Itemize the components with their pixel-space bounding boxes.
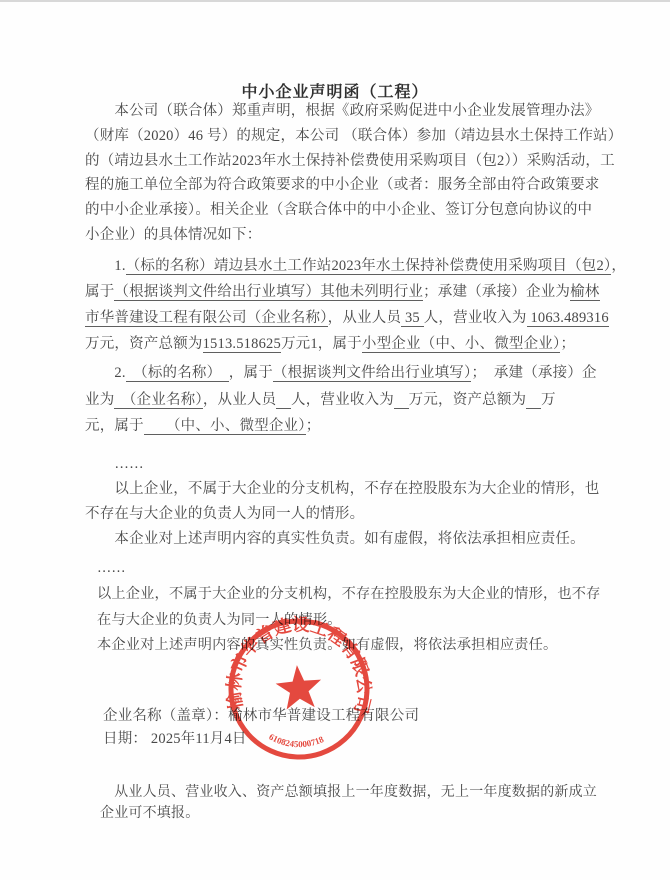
text-segment: 企业可不填报。 <box>100 806 199 821</box>
text-line: 日期： 2025年11月4日 <box>103 728 419 751</box>
text-line: 以上企业，不属于大企业的分支机构，不存在控股股东为大企业的情形，也不存 <box>97 582 601 608</box>
underlined-text: （根据谈判文件给出行业填写）其他未列明行业 <box>114 284 423 301</box>
text-line: （财库（2020）46 号）的规定，本公司 （联合体）参加（靖边县水土保持工作站… <box>85 124 622 149</box>
text-line: 本企业对上述声明内容的真实性负责。如有虚假，将依法承担相应责任。 <box>85 527 600 552</box>
seal-star-icon <box>274 663 323 710</box>
text-line: 本企业对上述声明内容的真实性负责。如有虚假，将依法承担相应责任。 <box>97 633 601 659</box>
underlined-text: 榆林 <box>570 284 599 301</box>
text-line: 万元，资产总额为1513.518625万元1，属于小型企业（中、小、微型企业）； <box>85 331 626 357</box>
text-segment: ； <box>560 336 575 352</box>
underlined-text: （企业名称） <box>114 392 202 409</box>
underlined-text: 小型企业（中、小、微型企业） <box>362 336 561 353</box>
text-line: 以上企业，不属于大企业的分支机构，不存在控股股东为大企业的情形，也 <box>85 477 600 502</box>
text-segment: 不存在与大企业的负责人为同一人的情形。 <box>85 506 364 522</box>
statement-block-1: …… 以上企业，不属于大企业的分支机构，不存在控股股东为大企业的情形，也不存在与… <box>85 452 600 552</box>
text-segment: 在与大企业的负责人为同一人的情形。 <box>97 612 342 628</box>
underlined-text: （中、小、微型企业） <box>144 418 306 435</box>
text-segment: 元，属于 <box>85 418 144 434</box>
text-line: 企业可不填报。 <box>100 804 597 825</box>
item1-paragraph: 1.（标的名称）靖边县水土工作站2023年水土保持补偿费使用采购项目（包2），属… <box>85 253 626 357</box>
text-segment: 的中小企业承接）。相关企业（含联合体中的中小企业、签订分包意向协议的中 <box>85 202 592 218</box>
text-segment: 企业名称（盖章）：榆林市华普建设工程有限公司 <box>103 708 419 724</box>
text-line: 2. （标的名称） ，属于（根据谈判文件给出行业填写）； 承建（承接）企 <box>85 360 597 387</box>
text-segment: 本企业对上述声明内容的真实性负责。如有虚假，将依法承担相应责任。 <box>85 531 585 547</box>
underlined-text: 1513.518625 <box>203 336 281 353</box>
underlined-text <box>526 392 541 409</box>
underlined-text: 1063.489316 <box>527 310 609 327</box>
text-segment: 万元1，属于 <box>281 336 362 352</box>
text-segment: 人，营业收入为 <box>291 392 394 408</box>
text-segment: ，从业人员 <box>328 310 402 326</box>
text-segment: ； <box>306 418 321 434</box>
statement-block-2: ……以上企业，不属于大企业的分支机构，不存在控股股东为大企业的情形，也不存在与大… <box>97 556 601 659</box>
text-segment: 万元，资产总额为 <box>409 392 527 408</box>
text-line: 的（靖边县水土工作站2023年水土保持补偿费使用采购项目（包2））采购活动，工 <box>85 149 622 174</box>
text-line: 企业名称（盖章）：榆林市华普建设工程有限公司 <box>103 705 419 728</box>
text-segment: 以上企业，不属于大企业的分支机构，不存在控股股东为大企业的情形，也不存 <box>97 586 601 602</box>
underlined-text: 35 <box>401 310 424 327</box>
text-segment: 本公司（联合体）郑重声明，根据《政府采购促进中小企业发展管理办法》 <box>85 103 600 119</box>
text-segment: 以上企业，不属于大企业的分支机构，不存在控股股东为大企业的情形，也 <box>85 481 600 497</box>
intro-paragraph: 本公司（联合体）郑重声明，根据《政府采购促进中小企业发展管理办法》（财库（202… <box>85 99 622 248</box>
underlined-text: （标的名称）靖边县水土工作站2023年水土保持补偿费使用采购项目（包2） <box>126 258 612 275</box>
text-segment: 从业人员、营业收入、资产总额填报上一年度数据，无上一年度数据的新成立 <box>100 785 597 800</box>
underlined-text: （根据谈判文件给出行业填写） <box>273 365 472 382</box>
text-segment: 属于 <box>85 284 114 300</box>
text-segment: …… <box>97 560 126 576</box>
text-line: 不存在与大企业的负责人为同一人的情形。 <box>85 502 600 527</box>
text-line: 属于（根据谈判文件给出行业填写）其他未列明行业；承建（承接）企业为榆林 <box>85 279 626 305</box>
text-segment: 程的施工单位全部为符合政策要求的中小企业（或者：服务全部由符合政策要求 <box>85 177 600 193</box>
underlined-text <box>394 392 409 409</box>
text-segment: ；承建（承接）企业为 <box>423 284 570 300</box>
text-segment: 万 <box>541 392 556 408</box>
text-line: 的中小企业承接）。相关企业（含联合体中的中小企业、签订分包意向协议的中 <box>85 198 622 223</box>
footnote-paragraph: 从业人员、营业收入、资产总额填报上一年度数据，无上一年度数据的新成立企业可不填报… <box>100 783 597 824</box>
underlined-text: 市华普建设工程有限公司（企业名称） <box>85 310 328 327</box>
text-line: 本公司（联合体）郑重声明，根据《政府采购促进中小企业发展管理办法》 <box>85 99 622 124</box>
page-top-edge <box>0 0 670 2</box>
text-segment: 2. <box>85 365 126 381</box>
text-segment: 万元，资产总额为 <box>85 336 203 352</box>
text-line: …… <box>97 556 601 582</box>
item2-paragraph: 2. （标的名称） ，属于（根据谈判文件给出行业填写）； 承建（承接）企业为 （… <box>85 360 597 440</box>
text-line: …… <box>85 452 600 477</box>
declaration-document-page: 中小企业声明函（工程） 本公司（联合体）郑重声明，根据《政府采购促进中小企业发展… <box>0 0 670 880</box>
text-segment: 1. <box>85 258 126 274</box>
underlined-text <box>276 392 291 409</box>
text-line: 小企业）的具体情况如下： <box>85 223 622 248</box>
text-line: 程的施工单位全部为符合政策要求的中小企业（或者：服务全部由符合政策要求 <box>85 173 622 198</box>
text-segment: 业为 <box>85 392 114 408</box>
text-line: 元，属于 （中、小、微型企业）； <box>85 413 597 440</box>
text-line: 市华普建设工程有限公司（企业名称），从业人员 35 人，营业收入为 1063.4… <box>85 305 626 331</box>
text-segment: （财库（2020）46 号）的规定，本公司 （联合体）参加（靖边县水土保持工作站… <box>85 128 622 144</box>
underlined-text: （标的名称） <box>126 365 229 382</box>
text-segment: 日期： 2025年11月4日 <box>103 731 247 747</box>
text-line: 从业人员、营业收入、资产总额填报上一年度数据，无上一年度数据的新成立 <box>100 783 597 804</box>
text-segment: ，从业人员 <box>203 392 277 408</box>
text-segment: ； 承建（承接）企 <box>471 365 596 381</box>
signature-block: 企业名称（盖章）：榆林市华普建设工程有限公司日期： 2025年11月4日 <box>103 705 419 750</box>
text-segment: 的（靖边县水土工作站2023年水土保持补偿费使用采购项目（包2））采购活动，工 <box>85 153 615 169</box>
text-segment: ，属于 <box>229 365 273 381</box>
text-segment: 小企业）的具体情况如下： <box>85 227 261 243</box>
text-segment: 人，营业收入为 <box>424 310 527 326</box>
text-segment: ， <box>611 258 626 274</box>
text-segment: …… <box>85 456 144 472</box>
text-segment: 本企业对上述声明内容的真实性负责。如有虚假，将依法承担相应责任。 <box>97 637 557 653</box>
text-line: 业为 （企业名称），从业人员 人，营业收入为 万元，资产总额为 万 <box>85 387 597 414</box>
text-line: 在与大企业的负责人为同一人的情形。 <box>97 608 601 634</box>
text-line: 1.（标的名称）靖边县水土工作站2023年水土保持补偿费使用采购项目（包2）， <box>85 253 626 279</box>
